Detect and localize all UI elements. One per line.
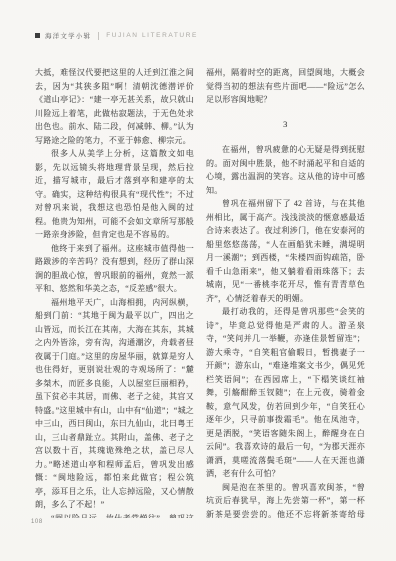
section-number: 3 xyxy=(206,118,365,132)
magazine-title: FUJIAN LITERATURE xyxy=(106,32,198,39)
header-divider xyxy=(98,32,99,40)
paragraph: 曾巩在福州留下了 42 首诗，与在其他州相比，属于高产。浅浅淡淡的惬意感最适合诗… xyxy=(206,197,365,305)
text-columns: 大抵，难怪汉代要把这里的人迁到江淮之间去，因为“其狭多阻”啊！清朝沈德潜评价《道… xyxy=(35,66,365,518)
right-column: 福州，隔着时空的距离，回望闽地，大概会觉得当初的想法有些片面吧——“险远”怎么足… xyxy=(206,66,365,518)
magazine-page: 海洋文学小辑 FUJIAN LITERATURE 大抵，难怪汉代要把这里的人迁到… xyxy=(0,0,396,561)
paragraph: 他终于来到了福州。这座城市值得他一路跋涉的辛苦吗？没有想到，经历了群山深涧的胆战… xyxy=(35,242,194,296)
paragraph: 大抵，难怪汉代要把这里的人迁到江淮之间去，因为“其狭多阻”啊！清朝沈德潜评价《道… xyxy=(35,66,194,147)
page-number: 108 xyxy=(31,519,43,525)
paragraph: “闽以险且远，故仕者常惮往”，曾巩这何尝不是说曾经的自己。此时，他已离开 xyxy=(35,512,194,519)
paragraph: 福州地平天广，山海相拥，内河纵横，船到门前：“其地于闽为最平以广，四出之山皆远，… xyxy=(35,296,194,512)
paragraph: 在福州，曾巩疲惫的心无疑是得到抚慰的。面对闽中胜景，他不时涌起平和自适的心境，露… xyxy=(206,143,365,197)
paragraph: 福州，隔着时空的距离，回望闽地，大概会觉得当初的想法有些片面吧——“险远”怎么足… xyxy=(206,66,365,107)
left-column: 大抵，难怪汉代要把这里的人迁到江淮之间去，因为“其狭多阻”啊！清朝沈德潜评价《道… xyxy=(35,66,194,518)
paragraph: 最打动我的，还得是曾巩那些“会笑的诗”，毕竟总觉得他是严肃的人。游圣泉寺，“笑问… xyxy=(206,305,365,481)
page-header: 海洋文学小辑 FUJIAN LITERATURE xyxy=(35,31,198,40)
section-label: 海洋文学小辑 xyxy=(45,31,91,40)
section-marker-icon xyxy=(35,33,40,38)
paragraph: 闽是泡在茶里的。曾巩喜欢闽茶，“曾坑贡后春犹早，海上先尝第一杯”，第一杯新茶是要… xyxy=(206,481,365,519)
paragraph: 很多人从美学上分析，这篇散文如电影，先以远镜头将地理背景呈现，然后拉近，描写城市… xyxy=(35,147,194,242)
